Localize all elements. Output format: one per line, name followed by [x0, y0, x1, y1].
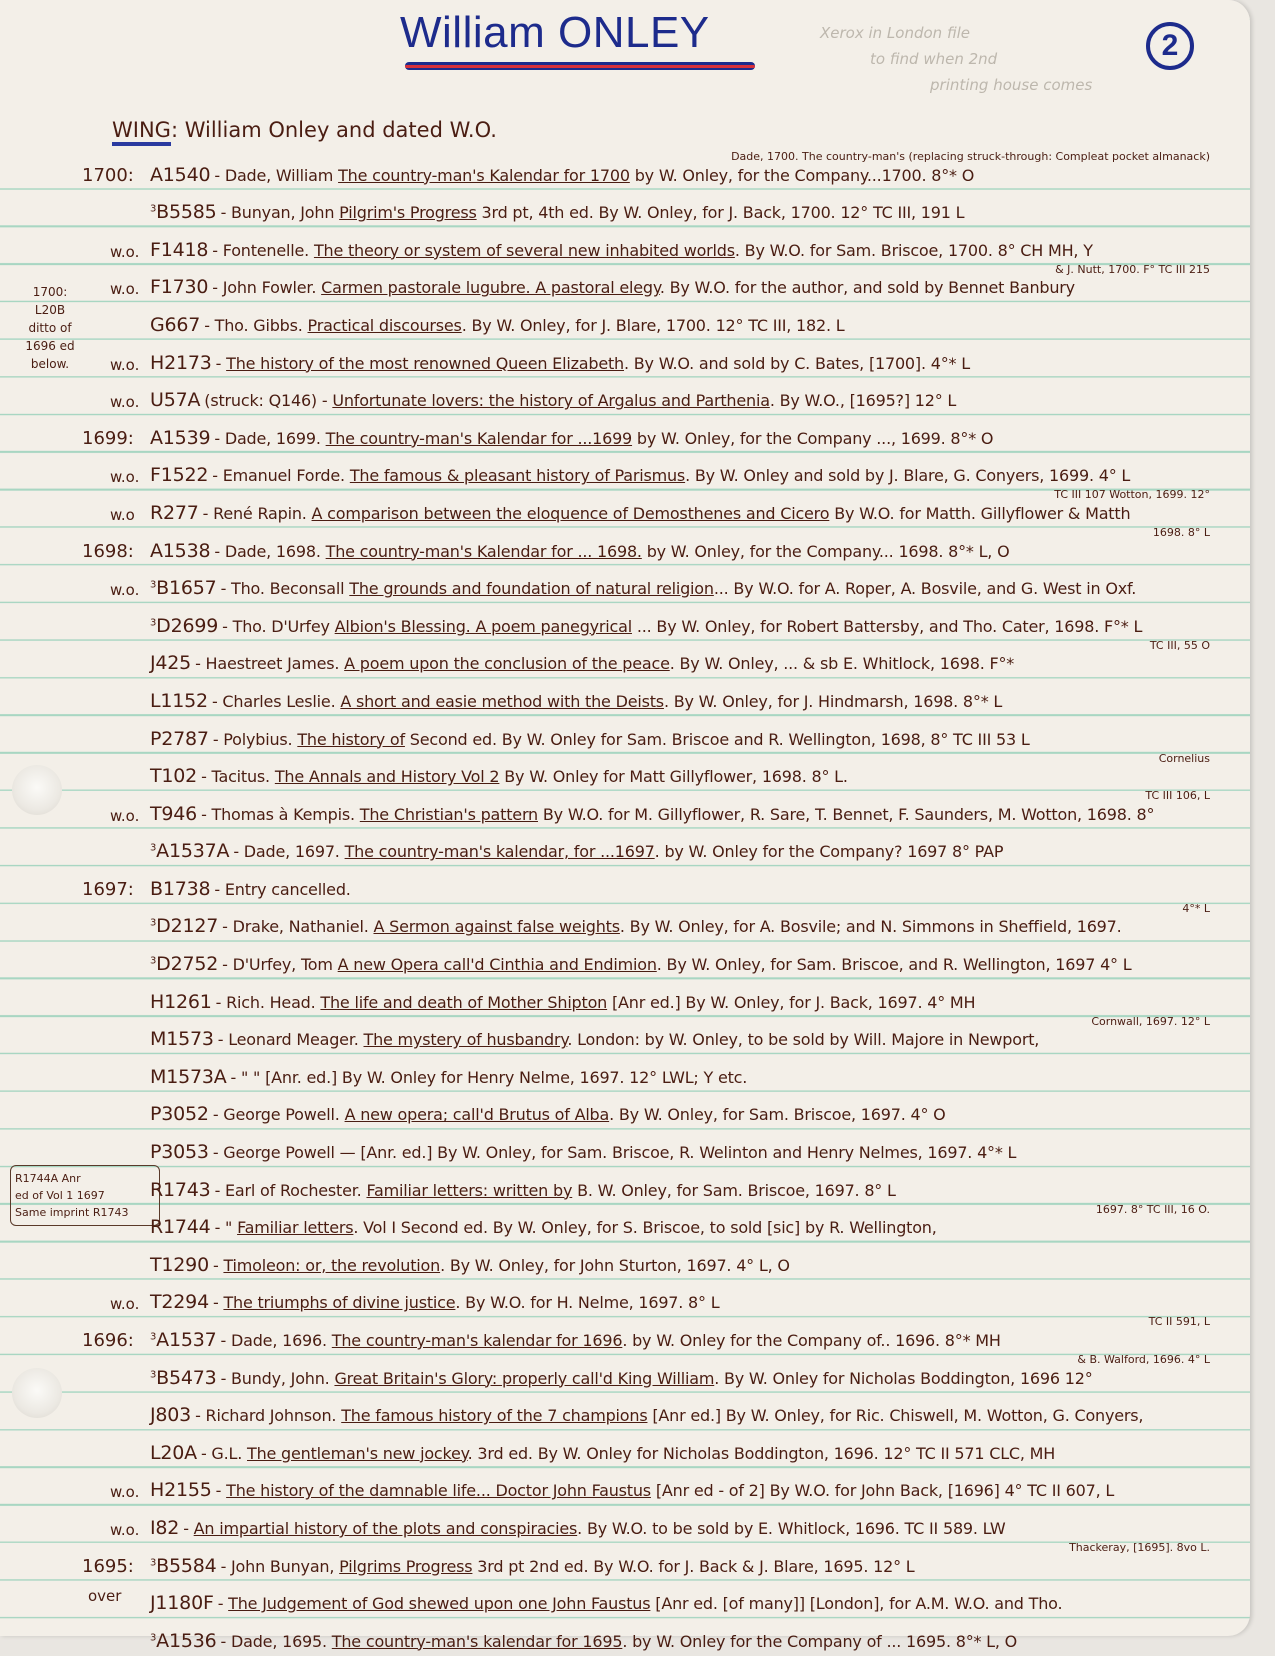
entry-imprint: [Anr. ed.] By W. Onley for Henry Nelme, …	[265, 1068, 747, 1087]
entry-imprint: ... By W. Onley, for Robert Battersby, a…	[632, 617, 1142, 636]
entry-wing-number: B5585	[156, 201, 216, 223]
entry-body: F1522- Emanuel Forde. The famous & pleas…	[150, 464, 1130, 486]
heading-text: : William Onley and dated W.O.	[171, 118, 497, 142]
entry-body: R277- René Rapin. A comparison between t…	[150, 502, 1130, 524]
pencil-note: Xerox in London file to find when 2nd pr…	[820, 20, 1200, 98]
list-item: w.o.T946- Thomas à Kempis. The Christian…	[0, 791, 1250, 829]
entry-wing-number: P3052	[150, 1103, 209, 1125]
entry-title: The triumphs of divine justice	[223, 1293, 455, 1312]
entry-author: - Earl of Rochester.	[215, 1181, 362, 1200]
entry-prefix: w.o.	[110, 243, 139, 261]
entry-imprint: . By W. Onley, for J. Hindmarsh, 1698. 8…	[664, 692, 1002, 711]
entry-body: T946- Thomas à Kempis. The Christian's p…	[150, 803, 1154, 825]
entry-body: 3A1537A- Dade, 1697. The country-man's k…	[150, 840, 1003, 862]
entry-body: 3D2127- Drake, Nathaniel. A Sermon again…	[150, 915, 1122, 937]
entry-title: The country-man's kalendar for 1696	[332, 1331, 623, 1350]
entry-wing-number: U57A	[150, 389, 200, 411]
list-item: 1697:B1738- Entry cancelled.	[0, 866, 1250, 904]
entry-author: - Fontenelle.	[212, 241, 309, 260]
entry-wing-number: H2173	[150, 352, 212, 374]
entry-title: The mystery of husbandry	[364, 1030, 568, 1049]
entry-imprint: [Anr. ed.] By W. Onley, for Sam. Briscoe…	[360, 1143, 1016, 1162]
entry-author: - Dade, William	[214, 166, 333, 185]
entry-author: - Dade, 1699.	[214, 429, 320, 448]
entry-body: 3B5584- John Bunyan, Pilgrims Progress 3…	[150, 1555, 914, 1577]
entry-wing-number: J425	[150, 652, 191, 674]
entry-body: L1152- Charles Leslie. A short and easie…	[150, 690, 1002, 712]
entry-imprint: . by W. Onley for the Company of ... 169…	[622, 1632, 1017, 1636]
entry-body: 3A1536- Dade, 1695. The country-man's ka…	[150, 1630, 1017, 1636]
entry-annotation: & J. Nutt, 1700. F° TC III 215	[1055, 263, 1210, 276]
entry-title: Familiar letters: written by	[366, 1181, 572, 1200]
entry-title: Pilgrims Progress	[339, 1557, 472, 1576]
list-item: w.o.I82- An impartial history of the plo…	[0, 1505, 1250, 1543]
entry-title: Albion's Blessing. A poem panegyrical	[335, 617, 632, 636]
title-underline-red	[405, 65, 755, 68]
list-item: w.oR277- René Rapin. A comparison betwee…	[0, 490, 1250, 528]
entry-author: - Tho. D'Urfey	[222, 617, 330, 636]
entry-author: - "	[215, 1218, 233, 1237]
entry-wing-number: D2752	[156, 953, 218, 975]
entry-body: 3D2752- D'Urfey, Tom A new Opera call'd …	[150, 953, 1131, 975]
entry-wing-number: R1744	[150, 1216, 211, 1238]
list-item: 1696:3A1537- Dade, 1696. The country-man…	[0, 1317, 1250, 1355]
list-item: T1290- Timoleon: or, the revolution. By …	[0, 1242, 1250, 1280]
entry-title: The country-man's kalendar, for ...1697	[345, 842, 655, 861]
entry-author: - George Powell.	[213, 1105, 340, 1124]
entry-imprint: By W.O. for Matth. Gillyflower & Matth	[829, 504, 1130, 523]
entry-author: - Dade, 1695.	[221, 1632, 327, 1636]
list-item: 3D2127- Drake, Nathaniel. A Sermon again…	[0, 904, 1250, 942]
entry-title: Carmen pastorale lugubre. A pastoral ele…	[321, 278, 660, 297]
entry-annotation: TC III, 55 O	[1150, 639, 1210, 652]
entry-imprint: . By W.O. for H. Nelme, 1697. 8° L	[455, 1293, 719, 1312]
entry-author: - Polybius.	[213, 730, 293, 749]
entry-prefix: w.o.	[110, 807, 139, 825]
entry-author: -	[213, 1293, 219, 1312]
entry-imprint: B. W. Onley, for Sam. Briscoe, 1697. 8° …	[572, 1181, 895, 1200]
entry-prefix: w.o.	[110, 1483, 139, 1501]
entry-annotation: Cornelius	[1159, 752, 1210, 765]
entry-imprint: [Anr ed.] By W. Onley, for J. Back, 1697…	[607, 993, 975, 1012]
entry-imprint: . By W.O. for the author, and sold by Be…	[660, 278, 1075, 297]
entry-imprint: . By W.O. for Sam. Briscoe, 1700. 8° CH …	[735, 241, 1093, 260]
entry-body: J803- Richard Johnson. The famous histor…	[150, 1404, 1143, 1426]
entry-author: - G.L.	[201, 1444, 242, 1463]
entry-title: The theory or system of several new inha…	[314, 241, 735, 260]
entry-body: J425- Haestreet James. A poem upon the c…	[150, 652, 1014, 674]
list-item: P3053- George Powell — [Anr. ed.] By W. …	[0, 1129, 1250, 1167]
entry-wing-number: R1743	[150, 1179, 211, 1201]
entry-wing-number: F1522	[150, 464, 208, 486]
entry-imprint: . By W. Onley, for J. Blare, 1700. 12° T…	[462, 316, 845, 335]
entry-title: The history of	[297, 730, 405, 749]
entry-author: - John Fowler.	[212, 278, 316, 297]
entry-imprint: [Anr ed.] By W. Onley, for Ric. Chiswell…	[647, 1406, 1143, 1425]
entry-author: - Dade, 1696.	[221, 1331, 327, 1350]
entry-wing-number: M1573	[150, 1028, 214, 1050]
entry-body: 3A1537- Dade, 1696. The country-man's ka…	[150, 1329, 1001, 1351]
entry-wing-number: A1537A	[156, 840, 229, 862]
entry-imprint: . by W. Onley for the Company of.. 1696.…	[622, 1331, 1000, 1350]
entry-title: A comparison between the eloquence of De…	[312, 504, 830, 523]
entry-title: A poem upon the conclusion of the peace	[344, 654, 670, 673]
entry-wing-number: H2155	[150, 1479, 212, 1501]
entry-year: 1700:	[82, 165, 134, 186]
entry-year: 1699:	[82, 428, 134, 449]
entry-wing-number: L1152	[150, 690, 208, 712]
entry-wing-number: D2127	[156, 915, 218, 937]
entry-imprint: . By W. Onley, for A. Bosvile; and N. Si…	[620, 917, 1122, 936]
list-item: J425- Haestreet James. A poem upon the c…	[0, 641, 1250, 679]
list-item: 3A1536- Dade, 1695. The country-man's ka…	[0, 1618, 1250, 1636]
entry-annotation: Cornwall, 1697. 12° L	[1091, 1015, 1210, 1028]
entry-title: The gentleman's new jockey	[247, 1444, 468, 1463]
entry-imprint: 3rd pt, 4th ed. By W. Onley, for J. Back…	[477, 203, 965, 222]
entry-body: B1738- Entry cancelled.	[150, 878, 351, 900]
list-item: w.o.3B1657- Tho. Beconsall The grounds a…	[0, 566, 1250, 604]
list-item: J803- Richard Johnson. The famous histor…	[0, 1393, 1250, 1431]
entry-author: - John Bunyan,	[221, 1557, 335, 1576]
entry-title: The history of the damnable life... Doct…	[226, 1481, 651, 1500]
entry-wing-number: D2699	[156, 615, 218, 637]
entry-author: - Dade, 1697.	[233, 842, 339, 861]
entry-author: - Charles Leslie.	[212, 692, 336, 711]
entry-body: H2173- The history of the most renowned …	[150, 352, 970, 374]
entry-author: - Emanuel Forde.	[212, 466, 345, 485]
entry-body: P2787- Polybius. The history of Second e…	[150, 728, 1030, 750]
entry-author: - D'Urfey, Tom	[222, 955, 333, 974]
list-item: H1261- Rich. Head. The life and death of…	[0, 979, 1250, 1017]
list-item: 3B5473- Bundy, John. Great Britain's Glo…	[0, 1355, 1250, 1393]
entry-body: T1290- Timoleon: or, the revolution. By …	[150, 1254, 790, 1276]
list-item: w.o.U57A(struck: Q146) - Unfortunate lov…	[0, 378, 1250, 416]
entry-imprint: [Anr ed. [of many]] [London], for A.M. W…	[650, 1594, 1062, 1613]
entry-body: 3B1657- Tho. Beconsall The grounds and f…	[150, 577, 1136, 599]
entry-annotation: 4°* L	[1182, 902, 1210, 915]
entry-wing-number: J803	[150, 1404, 191, 1426]
list-item: M1573- Leonard Meager. The mystery of hu…	[0, 1017, 1250, 1055]
entry-imprint: Second ed. By W. Onley for Sam. Briscoe …	[405, 730, 1030, 749]
list-item: G667- Tho. Gibbs. Practical discourses. …	[0, 302, 1250, 340]
entry-wing-number: B1657	[156, 577, 216, 599]
entry-body: I82- An impartial history of the plots a…	[150, 1517, 1006, 1539]
entry-author: - Drake, Nathaniel.	[222, 917, 368, 936]
entry-author: - Tacitus.	[201, 767, 270, 786]
list-item: w.o.F1730- John Fowler. Carmen pastorale…	[0, 265, 1250, 303]
entry-body: R1743- Earl of Rochester. Familiar lette…	[150, 1179, 896, 1201]
list-item: w.o.H2155- The history of the damnable l…	[0, 1468, 1250, 1506]
entry-author: - George Powell —	[213, 1143, 356, 1162]
entry-imprint: 3rd pt 2nd ed. By W.O. for J. Back & J. …	[472, 1557, 914, 1576]
entry-wing-number: R277	[150, 502, 199, 524]
entry-title: The famous history of the 7 champions	[341, 1406, 647, 1425]
entry-body: A1539- Dade, 1699. The country-man's Kal…	[150, 427, 993, 449]
entry-title: An impartial history of the plots and co…	[194, 1519, 578, 1538]
pencil-note-line: printing house comes	[820, 72, 1200, 98]
entry-author: - " "	[231, 1068, 261, 1087]
entry-wing-number: A1540	[150, 164, 210, 186]
entry-author: - Thomas à Kempis.	[201, 805, 355, 824]
entry-body: M1573- Leonard Meager. The mystery of hu…	[150, 1028, 1039, 1050]
entry-annotation: TC III 106, L	[1145, 789, 1210, 802]
entry-wing-number: P2787	[150, 728, 209, 750]
entry-year: 1696:	[82, 1330, 134, 1351]
list-item: L1152- Charles Leslie. A short and easie…	[0, 678, 1250, 716]
entry-author: (struck: Q146) -	[204, 391, 327, 410]
entry-wing-number: B5473	[156, 1367, 216, 1389]
entry-title: The grounds and foundation of natural re…	[349, 579, 714, 598]
entry-imprint: [Anr ed - of 2] By W.O. for John Back, […	[651, 1481, 1114, 1500]
entry-title: A short and easie method with the Deists	[340, 692, 664, 711]
entry-title: The Christian's pattern	[360, 805, 538, 824]
list-item: 1699:A1539- Dade, 1699. The country-man'…	[0, 415, 1250, 453]
entry-prefix: w.o.	[110, 393, 139, 411]
entry-imprint: . By W. Onley, for Sam. Briscoe, 1697. 4…	[609, 1105, 945, 1124]
entry-imprint: ... By W.O. for A. Roper, A. Bosvile, an…	[714, 579, 1136, 598]
entry-author: - Bundy, John.	[221, 1369, 330, 1388]
entry-title: The history of the most renowned Queen E…	[226, 354, 624, 373]
list-item: J1180F- The Judgement of God shewed upon…	[0, 1581, 1250, 1619]
list-item: w.o.F1522- Emanuel Forde. The famous & p…	[0, 453, 1250, 491]
entry-body: T2294- The triumphs of divine justice. B…	[150, 1291, 719, 1313]
entry-body: R1744- " Familiar letters. Vol I Second …	[150, 1216, 937, 1238]
entry-annotation: Thackeray, [1695]. 8vo L.	[1069, 1541, 1210, 1554]
entry-title: A new Opera call'd Cinthia and Endimion	[338, 955, 657, 974]
entry-year: 1698:	[82, 541, 134, 562]
entry-imprint: by W. Onley, for the Company... 1698. 8°…	[642, 542, 1010, 561]
entry-author: -	[213, 1256, 219, 1275]
entry-annotation: TC III 107 Wotton, 1699. 12°	[1054, 488, 1210, 501]
entry-wing-number: F1418	[150, 239, 208, 261]
entry-title: A Sermon against false weights	[373, 917, 619, 936]
entry-imprint: By W. Onley for Matt Gillyflower, 1698. …	[499, 767, 847, 786]
entry-author: -	[218, 1594, 224, 1613]
entry-title: The country-man's Kalendar for ...1699	[326, 429, 632, 448]
entry-imprint: . By W. Onley, for John Sturton, 1697. 4…	[440, 1256, 790, 1275]
entry-body: U57A(struck: Q146) - Unfortunate lovers:…	[150, 389, 956, 411]
entry-imprint: . By W.O. and sold by C. Bates, [1700]. …	[624, 354, 970, 373]
entry-body: P3052- George Powell. A new opera; call'…	[150, 1103, 946, 1125]
entry-imprint: . By W. Onley for Nicholas Boddington, 1…	[714, 1369, 1092, 1388]
entry-wing-number: M1573A	[150, 1066, 227, 1088]
entry-imprint: . Vol I Second ed. By W. Onley, for S. B…	[353, 1218, 936, 1237]
entry-imprint: By W.O. for M. Gillyflower, R. Sare, T. …	[538, 805, 1154, 824]
entry-body: 3B5585- Bunyan, John Pilgrim's Progress …	[150, 201, 964, 223]
entry-imprint: by W. Onley, for the Company ..., 1699. …	[632, 429, 993, 448]
entry-title: The famous & pleasant history of Parismu…	[350, 466, 685, 485]
entry-prefix: w.o.	[110, 581, 139, 599]
entry-wing-number: A1538	[150, 540, 210, 562]
entry-annotation: TC II 591, L	[1149, 1315, 1210, 1328]
entry-wing-number: A1539	[150, 427, 210, 449]
entry-prefix: w.o	[110, 506, 135, 524]
page-title: William ONLEY	[400, 8, 710, 58]
entry-wing-number: B1738	[150, 878, 210, 900]
entry-author: -	[216, 1481, 222, 1500]
entry-title: Great Britain's Glory: properly call'd K…	[334, 1369, 714, 1388]
list-item: 3D2752- D'Urfey, Tom A new Opera call'd …	[0, 941, 1250, 979]
list-item: 1700:A1540- Dade, William The country-ma…	[0, 152, 1250, 190]
entry-wing-number: T2294	[150, 1291, 209, 1313]
entry-body: P3053- George Powell — [Anr. ed.] By W. …	[150, 1141, 1016, 1163]
entry-prefix: w.o.	[110, 356, 139, 374]
entry-wing-number: J1180F	[150, 1592, 214, 1614]
entry-author: - Tho. Gibbs.	[204, 316, 302, 335]
entry-author: - Rich. Head.	[216, 993, 316, 1012]
entry-body: G667- Tho. Gibbs. Practical discourses. …	[150, 314, 844, 336]
notebook-page: William ONLEY 2 Xerox in London file to …	[0, 0, 1250, 1636]
entry-author: - Tho. Beconsall	[221, 579, 345, 598]
entry-prefix: w.o.	[110, 1521, 139, 1539]
list-item: P3052- George Powell. A new opera; call'…	[0, 1092, 1250, 1130]
list-item: w.o.F1418- Fontenelle. The theory or sys…	[0, 227, 1250, 265]
list-item: L20A- G.L. The gentleman's new jockey. 3…	[0, 1430, 1250, 1468]
entry-author: - Haestreet James.	[195, 654, 339, 673]
list-item: 1695:3B5584- John Bunyan, Pilgrims Progr…	[0, 1543, 1250, 1581]
list-item: R1743- Earl of Rochester. Familiar lette…	[0, 1167, 1250, 1205]
entry-annotation: 1698. 8° L	[1153, 526, 1210, 539]
list-item: T102- Tacitus. The Annals and History Vo…	[0, 754, 1250, 792]
entry-author: - Dade, 1698.	[214, 542, 320, 561]
list-item: 3A1537A- Dade, 1697. The country-man's k…	[0, 829, 1250, 867]
entry-title: The country-man's kalendar for 1695	[332, 1632, 623, 1636]
list-item: w.o.T2294- The triumphs of divine justic…	[0, 1280, 1250, 1318]
entry-body: M1573A- " " [Anr. ed.] By W. Onley for H…	[150, 1066, 747, 1088]
over-label: over	[88, 1587, 121, 1605]
entry-imprint: . By W.O. to be sold by E. Whitlock, 169…	[577, 1519, 1005, 1538]
entry-body: H1261- Rich. Head. The life and death of…	[150, 991, 975, 1013]
entry-body: 3D2699- Tho. D'Urfey Albion's Blessing. …	[150, 615, 1142, 637]
entry-author: -	[183, 1519, 189, 1538]
entry-author: - Entry cancelled.	[214, 880, 350, 899]
entry-wing-number: H1261	[150, 991, 212, 1013]
entry-title: The life and death of Mother Shipton	[320, 993, 607, 1012]
entry-prefix: w.o.	[110, 280, 139, 298]
entry-imprint: . By W. Onley, ... & sb E. Whitlock, 169…	[670, 654, 1014, 673]
entry-imprint: . By W.O., [1695?] 12° L	[770, 391, 956, 410]
entry-title: The Judgement of God shewed upon one Joh…	[228, 1594, 650, 1613]
entry-wing-number: L20A	[150, 1442, 197, 1464]
entry-list: 1700:A1540- Dade, William The country-ma…	[0, 152, 1250, 1636]
entry-imprint: . By W. Onley and sold by J. Blare, G. C…	[685, 466, 1130, 485]
list-item: 3D2699- Tho. D'Urfey Albion's Blessing. …	[0, 603, 1250, 641]
entry-wing-number: T102	[150, 765, 197, 787]
entry-author: -	[216, 354, 222, 373]
entry-title: Unfortunate lovers: the history of Argal…	[332, 391, 769, 410]
entry-wing-number: G667	[150, 314, 200, 336]
list-item: P2787- Polybius. The history of Second e…	[0, 716, 1250, 754]
list-item: w.o.H2173- The history of the most renow…	[0, 340, 1250, 378]
entry-body: F1418- Fontenelle. The theory or system …	[150, 239, 1093, 261]
entry-wing-number: A1537	[156, 1329, 216, 1351]
entry-prefix: w.o.	[110, 1295, 139, 1313]
entry-wing-number: F1730	[150, 276, 208, 298]
list-item: R1744- " Familiar letters. Vol I Second …	[0, 1205, 1250, 1243]
entry-prefix: w.o.	[110, 468, 139, 486]
entry-body: F1730- John Fowler. Carmen pastorale lug…	[150, 276, 1075, 298]
pencil-note-line: to find when 2nd	[820, 46, 1200, 72]
entry-author: - Bunyan, John	[221, 203, 335, 222]
entry-imprint: . 3rd ed. By W. Onley for Nicholas Boddi…	[468, 1444, 1055, 1463]
entry-year: 1695:	[82, 1556, 134, 1577]
list-item: 1698:A1538- Dade, 1698. The country-man'…	[0, 528, 1250, 566]
entry-body: A1540- Dade, William The country-man's K…	[150, 164, 974, 186]
entry-wing-number: T946	[150, 803, 197, 825]
entry-imprint: by W. Onley, for the Company...1700. 8°*…	[630, 166, 974, 185]
entry-title: Familiar letters	[237, 1218, 353, 1237]
entry-annotation: & B. Walford, 1696. 4° L	[1077, 1353, 1210, 1366]
entry-wing-number: B5584	[156, 1555, 216, 1577]
entry-imprint: . By W. Onley, for Sam. Briscoe, and R. …	[657, 955, 1132, 974]
entry-wing-number: T1290	[150, 1254, 209, 1276]
entry-title: Timoleon: or, the revolution	[223, 1256, 440, 1275]
entry-author: - Richard Johnson.	[195, 1406, 336, 1425]
entry-title: Pilgrim's Progress	[339, 203, 476, 222]
entry-body: A1538- Dade, 1698. The country-man's Kal…	[150, 540, 1009, 562]
entry-annotation: Dade, 1700. The country-man's (replacing…	[731, 150, 1210, 163]
entry-author: - René Rapin.	[203, 504, 307, 523]
entry-year: 1697:	[82, 879, 134, 900]
entry-author: - Leonard Meager.	[218, 1030, 359, 1049]
entry-body: J1180F- The Judgement of God shewed upon…	[150, 1592, 1062, 1614]
entry-body: T102- Tacitus. The Annals and History Vo…	[150, 765, 848, 787]
entry-annotation: 1697. 8° TC III, 16 O.	[1096, 1203, 1210, 1216]
entry-imprint: . by W. Onley for the Company? 1697 8° P…	[655, 842, 1004, 861]
entry-wing-number: A1536	[156, 1630, 216, 1636]
entry-body: 3B5473- Bundy, John. Great Britain's Glo…	[150, 1367, 1093, 1389]
entry-body: H2155- The history of the damnable life.…	[150, 1479, 1114, 1501]
entry-title: A new opera; call'd Brutus of Alba	[345, 1105, 610, 1124]
pencil-note-line: Xerox in London file	[820, 20, 1200, 46]
list-item: M1573A- " " [Anr. ed.] By W. Onley for H…	[0, 1054, 1250, 1092]
entry-wing-number: I82	[150, 1517, 179, 1539]
entry-wing-number: P3053	[150, 1141, 209, 1163]
entry-title: The country-man's Kalendar for ... 1698.	[326, 542, 642, 561]
entry-body: L20A- G.L. The gentleman's new jockey. 3…	[150, 1442, 1055, 1464]
entry-title: Practical discourses	[308, 316, 462, 335]
entry-imprint: . London: by W. Onley, to be sold by Wil…	[567, 1030, 1039, 1049]
entry-title: The country-man's Kalendar for 1700	[338, 166, 630, 185]
section-heading: WING: William Onley and dated W.O.	[112, 118, 497, 142]
entry-title: The Annals and History Vol 2	[275, 767, 500, 786]
list-item: 3B5585- Bunyan, John Pilgrim's Progress …	[0, 190, 1250, 228]
heading-label: WING	[112, 118, 171, 146]
